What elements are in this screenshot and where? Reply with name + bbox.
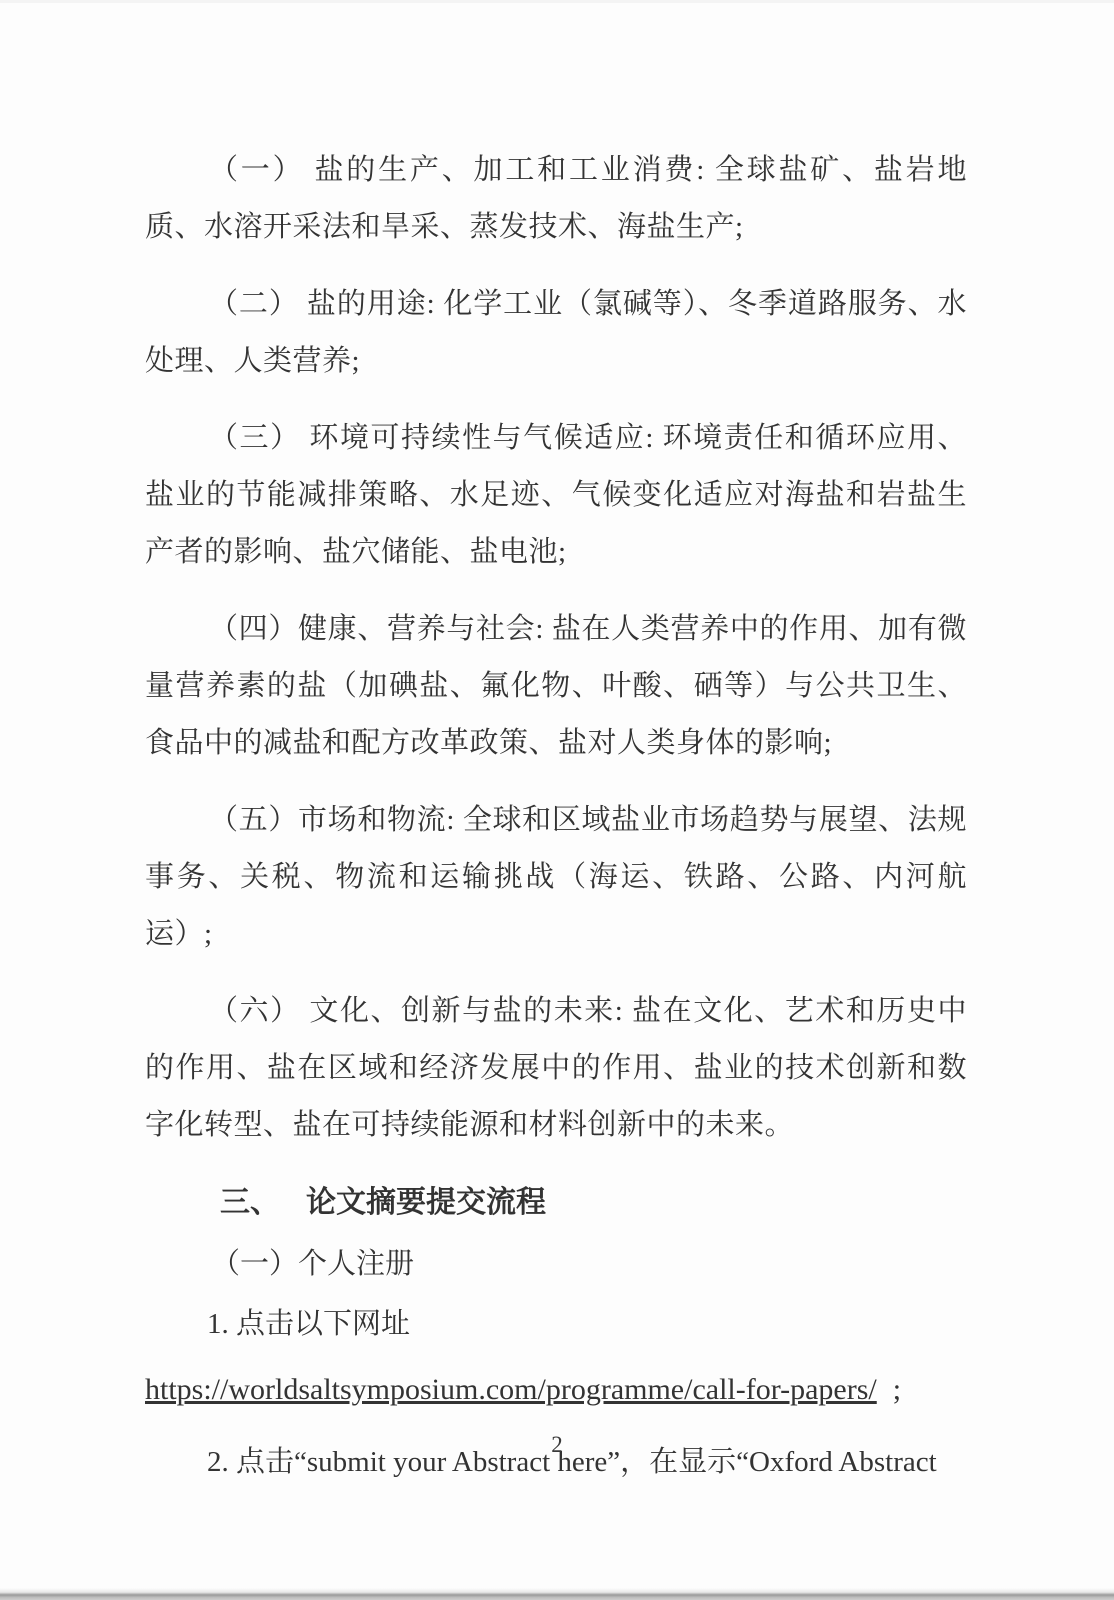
document-page: （一） 盐的生产、加工和工业消费: 全球盐矿、盐岩地质、水溶开采法和旱采、蒸发技… — [0, 0, 1114, 1600]
subsection-heading: （一）个人注册 — [145, 1236, 967, 1293]
topic-item-2: （二） 盐的用途: 化学工业（氯碱等）、冬季道路服务、水处理、人类营养; — [145, 276, 967, 390]
section-heading: 三、论文摘要提交流程 — [145, 1174, 967, 1231]
call-for-papers-link[interactable]: https://worldsaltsymposium.com/programme… — [145, 1373, 877, 1406]
scan-edge-bottom — [0, 1588, 1114, 1600]
topic-item-5: （五）市场和物流: 全球和区域盐业市场趋势与展望、法规事务、关税、物流和运输挑战… — [145, 792, 967, 963]
document-body: （一） 盐的生产、加工和工业消费: 全球盐矿、盐岩地质、水溶开采法和旱采、蒸发技… — [145, 142, 967, 1491]
scan-edge-top — [0, 0, 1114, 3]
step-1: 1. 点击以下网址 — [145, 1296, 967, 1353]
topic-item-1: （一） 盐的生产、加工和工业消费: 全球盐矿、盐岩地质、水溶开采法和旱采、蒸发技… — [145, 142, 967, 256]
topic-item-6: （六） 文化、创新与盐的未来: 盐在文化、艺术和历史中的作用、盐在区域和经济发展… — [145, 983, 967, 1154]
link-suffix: ; — [893, 1373, 901, 1406]
section-title: 论文摘要提交流程 — [306, 1186, 546, 1219]
topic-item-3: （三） 环境可持续性与气候适应: 环境责任和循环应用、盐业的节能减排策略、水足迹… — [145, 410, 967, 581]
topic-item-4: （四）健康、营养与社会: 盐在人类营养中的作用、加有微量营养素的盐（加碘盐、氟化… — [145, 601, 967, 772]
section-number: 三、 — [220, 1186, 280, 1219]
link-line: https://worldsaltsymposium.com/programme… — [145, 1361, 967, 1418]
page-number: 2 — [0, 1430, 1114, 1460]
